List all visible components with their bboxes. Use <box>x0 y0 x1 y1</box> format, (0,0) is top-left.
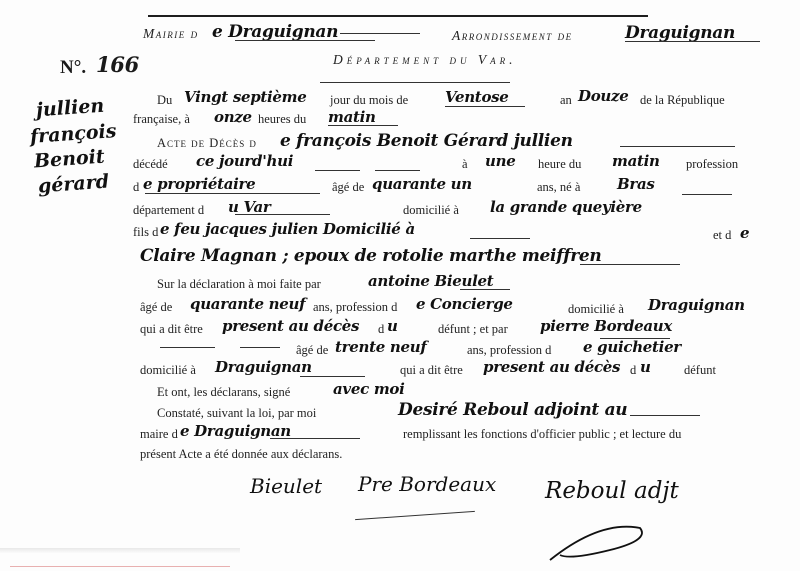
l10-ans-profession: ans, profession d <box>313 300 397 315</box>
l1-jour-du-mois: jour du mois de <box>330 93 408 108</box>
l7-et-d: et d <box>713 228 731 243</box>
l4-a: à <box>462 157 468 172</box>
header-mid-rule-left <box>340 33 420 34</box>
l1-day: Vingt septième <box>184 88 306 106</box>
l4-date: ce jourd'hui <box>196 152 293 170</box>
l3-underline <box>620 146 735 147</box>
l4-profession: profession <box>686 157 738 172</box>
l5-ans-ne-a: ans, né à <box>537 180 580 195</box>
l1-republique: de la République <box>640 93 725 108</box>
bordeaux-flourish <box>355 511 475 521</box>
l16-remplissant: remplissant les fonctions d'officier pub… <box>403 427 681 442</box>
l5-tail-line <box>682 194 732 195</box>
l4-decede: décédé <box>133 157 168 172</box>
l16-underline <box>270 438 360 439</box>
l6-domicilie: domicilié à <box>403 203 459 218</box>
l13-residence: Draguignan <box>215 358 312 376</box>
l7-father: e feu jacques julien Domicilié à <box>160 220 415 238</box>
l14-with-me: avec moi <box>333 380 405 398</box>
l13-defunt: défunt <box>684 363 716 378</box>
l15-underline <box>630 415 700 416</box>
mairie-label: Mairie d <box>143 26 199 42</box>
l10-domicilie: domicilié à <box>568 302 624 317</box>
l5-underline <box>145 193 320 194</box>
l12-blank-1 <box>160 347 215 348</box>
l10-age-de: âgé de <box>140 300 172 315</box>
l10-residence: Draguignan <box>648 296 745 314</box>
l11-declarant-2: pierre Bordeaux <box>540 317 672 335</box>
margin-surname: jullien <box>35 94 105 123</box>
l13-u: u <box>640 358 651 376</box>
departement-heading: Département du Var. <box>333 52 516 68</box>
mairie-value: e Draguignan <box>212 22 338 42</box>
l5-age: quarante un <box>372 175 472 193</box>
l8-mother-and-spouse: Claire Magnan ; epoux de rotolie marthe … <box>140 246 601 266</box>
l11-status: present au décès <box>222 317 359 335</box>
l13-d: d <box>630 363 636 378</box>
l4-hour: une <box>485 152 515 170</box>
page-edge-red-line <box>10 566 230 567</box>
l7-mother-prefix: e <box>740 224 749 242</box>
l15-officer: Desiré Reboul adjoint au <box>398 400 627 420</box>
mairie-underline <box>235 40 375 41</box>
l4-time: matin <box>612 152 660 170</box>
l12-age-de: âgé de <box>296 343 328 358</box>
l11-u: u <box>387 317 398 335</box>
l13-status: present au décès <box>483 358 620 376</box>
l12-profession: e guichetier <box>583 338 681 356</box>
l2-underline <box>328 125 398 126</box>
signature-bieulet: Bieulet <box>250 474 322 498</box>
l11-defunt-et-par: défunt ; et par <box>438 322 508 337</box>
l9-underline <box>460 289 510 290</box>
l4-heure-du: heure du <box>538 157 581 172</box>
l9-declarant-1: antoine Bieulet <box>368 272 493 290</box>
reboul-flourish <box>540 500 660 570</box>
l8-underline <box>580 264 680 265</box>
l6-departement: département d <box>133 203 204 218</box>
l3-acte-de-deces: Acte de Décès d <box>157 136 257 151</box>
l6-underline <box>235 214 330 215</box>
header-bottom-rule-left <box>320 82 510 83</box>
l5-profession: e propriétaire <box>143 175 255 193</box>
l7-fils-d: fils d <box>133 225 158 240</box>
l2-heures-du: heures du <box>258 112 306 127</box>
l13-domicilie: domicilié à <box>140 363 196 378</box>
l12-blank-2 <box>240 347 280 348</box>
l2-hour: onze <box>214 108 252 126</box>
l5-age-de: âgé de <box>332 180 364 195</box>
l5-d: d <box>133 180 139 195</box>
death-certificate-page: Mairie d e Draguignan Arrondissement de … <box>0 0 800 571</box>
arrondissement-label: Arrondissement de <box>452 28 573 44</box>
l12-ans-profession: ans, profession d <box>467 343 551 358</box>
l1-year: Douze <box>578 87 628 105</box>
l5-birthplace: Bras <box>617 175 655 193</box>
l13-underline <box>300 376 365 377</box>
l12-age: trente neuf <box>335 338 426 356</box>
l1-month: Ventose <box>445 88 509 106</box>
header-top-rule <box>148 15 648 17</box>
arrondissement-value: Draguignan <box>625 23 735 43</box>
l13-qui-a-dit: qui a dit être <box>400 363 463 378</box>
l4-blank-2 <box>375 170 420 171</box>
page-edge-shadow <box>0 548 240 554</box>
l10-profession: e Concierge <box>416 295 513 313</box>
l10-age: quarante neuf <box>190 295 305 313</box>
margin-middlename-2: gérard <box>37 170 110 199</box>
margin-middlename-1: Benoit <box>33 145 105 174</box>
l2-time-of-day: matin <box>328 108 376 126</box>
l1-month-line <box>445 106 525 107</box>
l1-du: Du <box>157 93 172 108</box>
l1-an: an <box>560 93 572 108</box>
l3-deceased-name: e françois Benoit Gérard jullien <box>280 131 573 151</box>
arrondissement-underline <box>625 41 760 42</box>
l6-residence: la grande queyière <box>490 198 642 216</box>
l14-et-ont-signe: Et ont, les déclarans, signé <box>157 385 290 400</box>
l15-constate: Constaté, suivant la loi, par moi <box>157 406 316 421</box>
l17-present-acte: présent Acte a été donnée aux déclarans. <box>140 447 342 462</box>
l4-blank-1 <box>315 170 360 171</box>
certificate-number-value: 166 <box>96 52 139 77</box>
certificate-number-label: N°. <box>60 57 86 79</box>
l7-underline <box>470 238 530 239</box>
l9-sur-la-declaration: Sur la déclaration à moi faite par <box>157 277 321 292</box>
l11-d: d <box>378 322 384 337</box>
l2-francaise: française, à <box>133 112 190 127</box>
l16-maire-d: maire d <box>140 427 178 442</box>
l11-qui-a-dit: qui a dit être <box>140 322 203 337</box>
signature-bordeaux: Pre Bordeaux <box>358 472 496 496</box>
